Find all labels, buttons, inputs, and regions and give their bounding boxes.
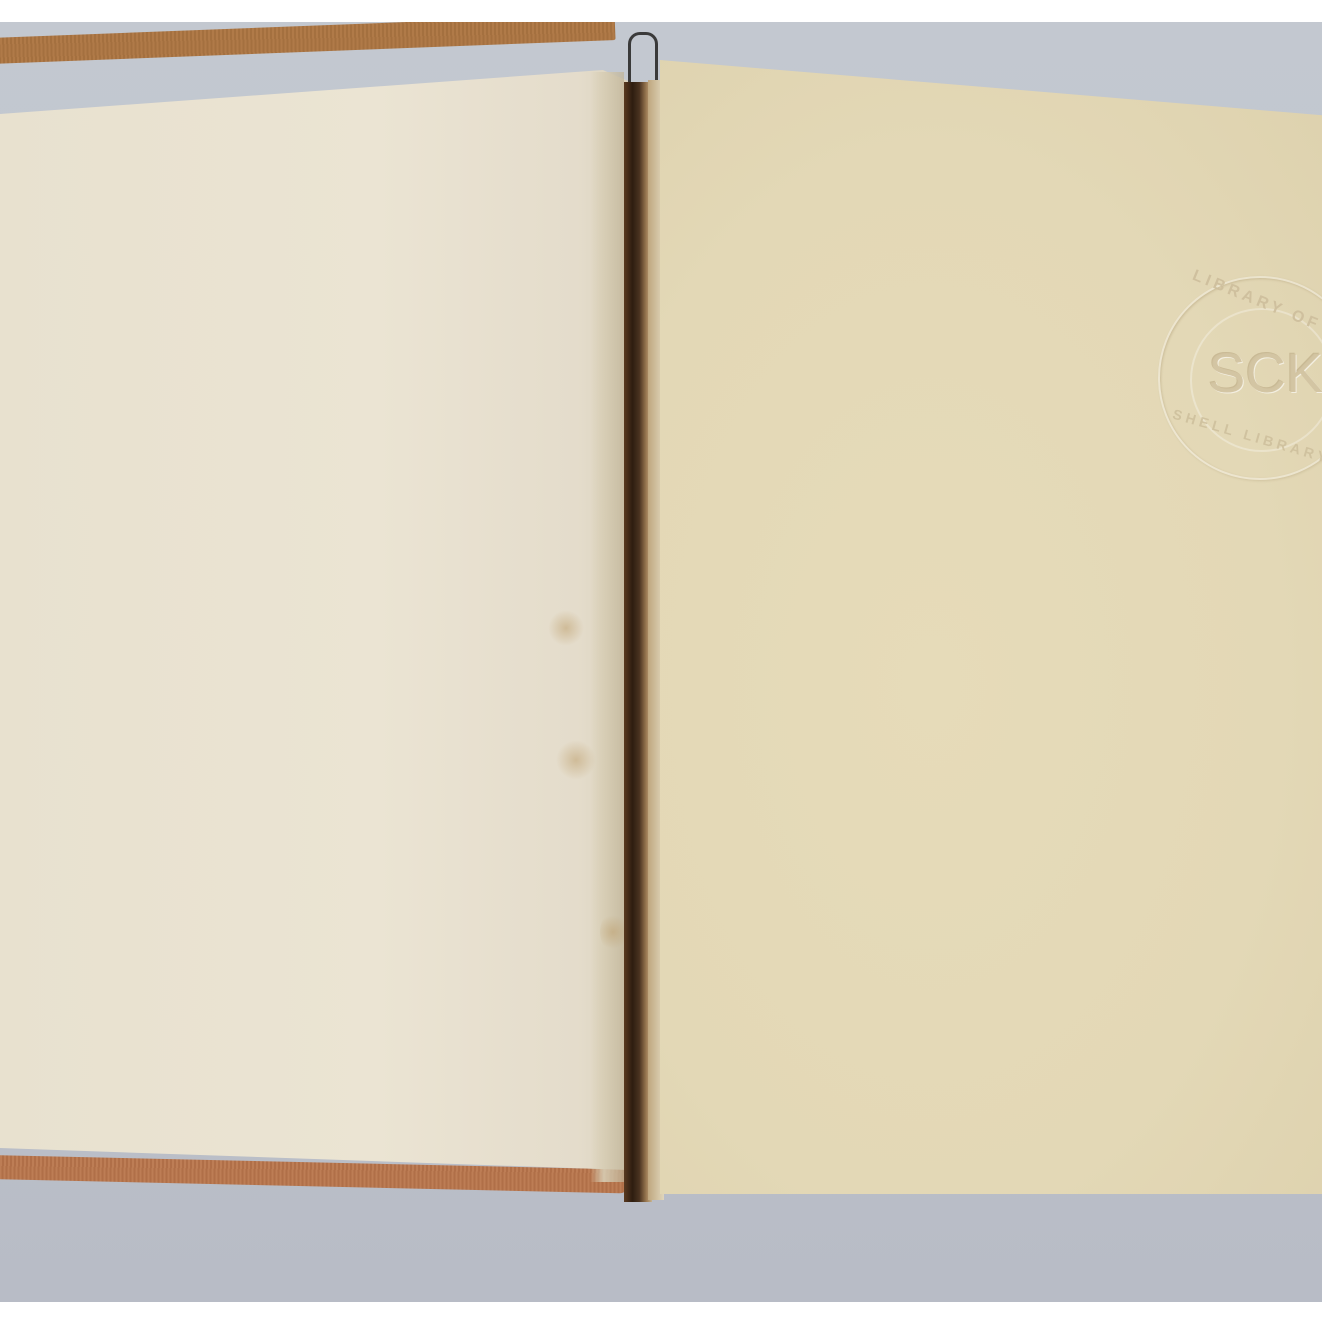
left-page-hinge bbox=[590, 72, 624, 1182]
stamp-monogram: SCK bbox=[1208, 340, 1322, 405]
foxing-stain bbox=[600, 912, 626, 952]
photo: LIBRARY OF SCK SHELL LIBRARY bbox=[0, 22, 1322, 1302]
right-flyleaf bbox=[660, 60, 1322, 1194]
foxing-stain bbox=[548, 610, 584, 646]
left-endpaper bbox=[0, 70, 628, 1170]
foxing-stain bbox=[556, 740, 596, 780]
cover-cloth-top-edge bbox=[0, 22, 616, 64]
